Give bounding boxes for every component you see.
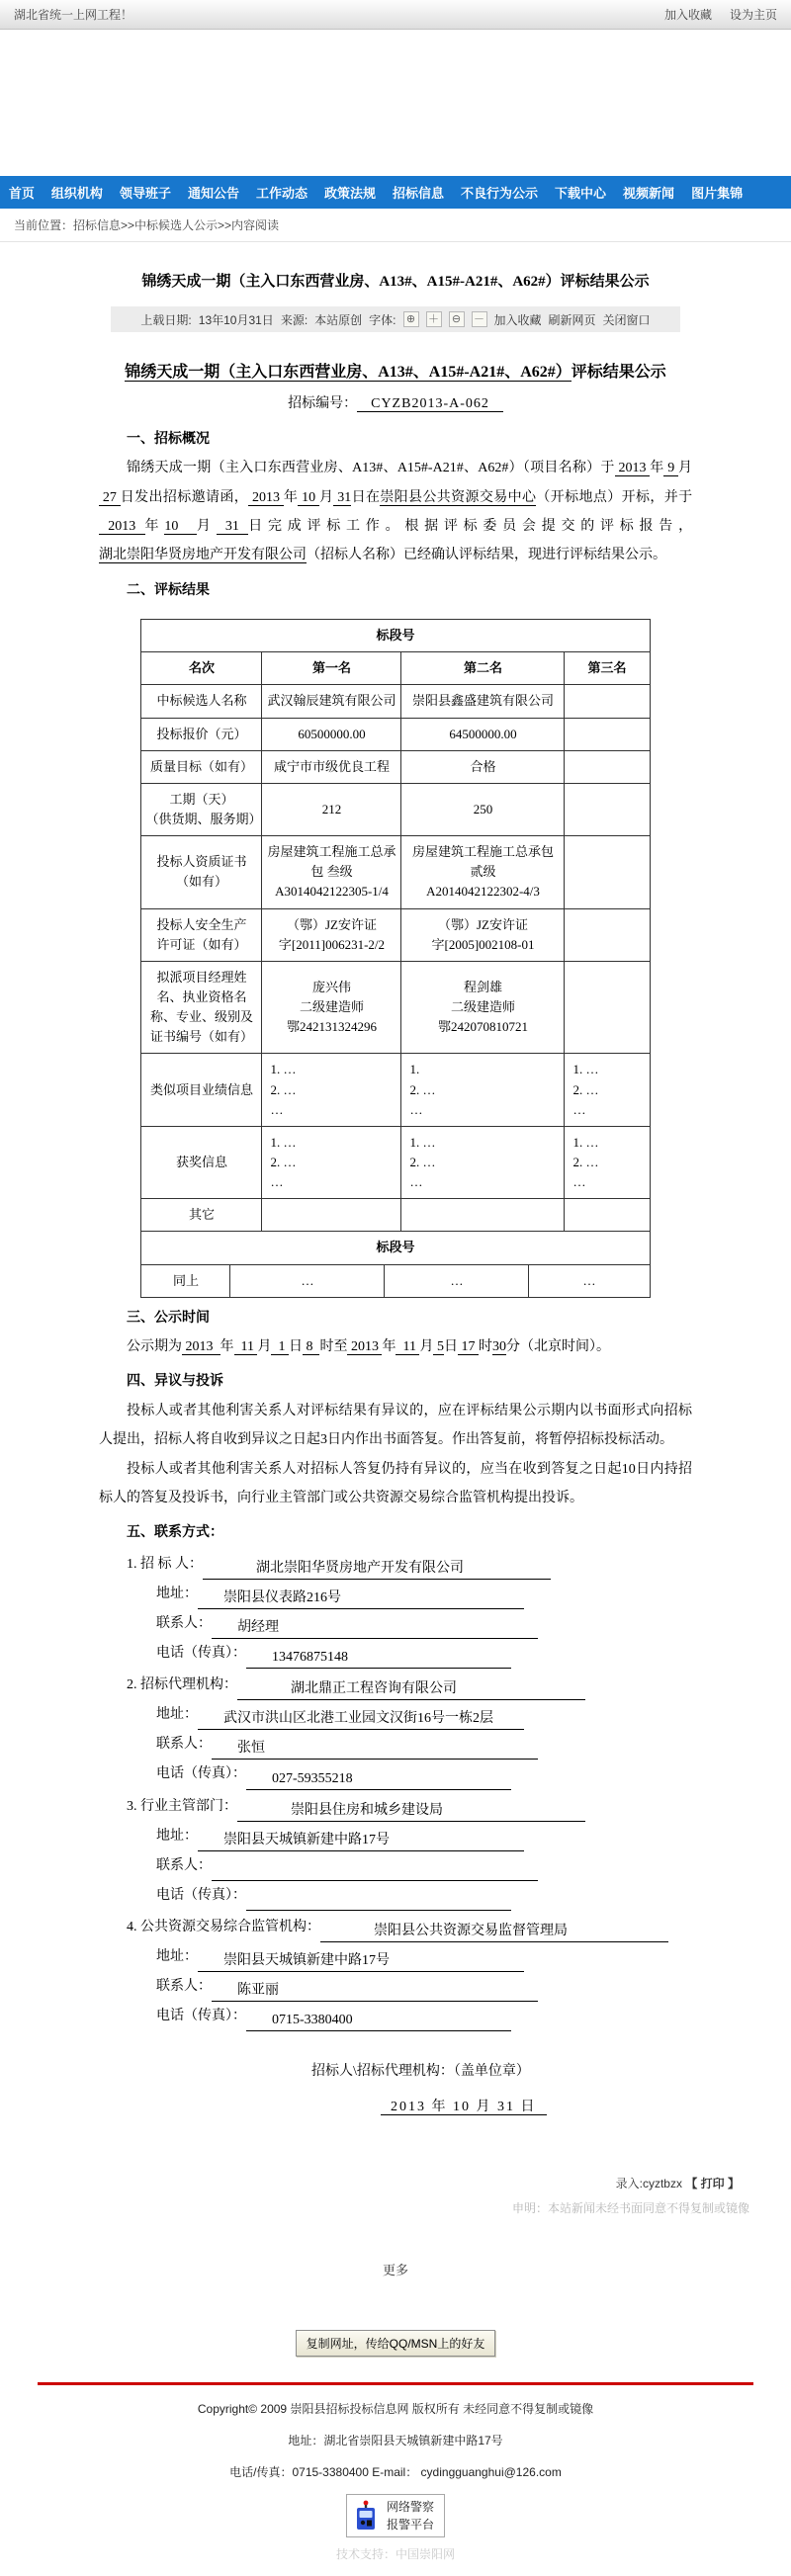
contact-number: 3.: [127, 1799, 140, 1814]
nav-item-7[interactable]: 招标信息: [393, 183, 444, 202]
third-place-header: 第三名: [565, 652, 650, 685]
footer-support: 技术支持：中国崇阳网: [0, 2545, 791, 2576]
text-segment: 时至: [319, 1339, 347, 1354]
blank-field: 湖北崇阳华贤房地产开发有限公司: [99, 548, 307, 563]
contact-name-value: 崇阳县住房和城乡建设局: [237, 1800, 585, 1822]
text-segment: 日: [444, 1339, 458, 1354]
value-cell: 1. … 2. … …: [262, 1054, 401, 1126]
table-row: 中标候选人名称武汉翰辰建筑有限公司崇阳县鑫盛建筑有限公司: [141, 685, 650, 718]
font-decrease-icon[interactable]: －: [472, 311, 487, 327]
blank-field: 2013: [248, 490, 284, 506]
text-segment: 年: [284, 490, 298, 505]
value-cell: …: [230, 1264, 385, 1297]
contact-role-label: 招标代理机构：: [140, 1677, 237, 1692]
nav-item-1[interactable]: 首页: [9, 183, 35, 202]
police-icon: [353, 2500, 379, 2532]
row-label-cell: 中标候选人名称: [141, 685, 262, 718]
section-5-heading: 五、联系方式：: [99, 1518, 692, 1547]
signature-date-line: 2013 年 10 月 31 日: [99, 2093, 692, 2121]
blank-field: 11: [395, 1339, 419, 1355]
contact-phone-value: [246, 1910, 511, 1911]
nav-item-8[interactable]: 不良行为公示: [461, 183, 538, 202]
row-label-cell: 工期（天） （供货期、服务期）: [141, 783, 262, 835]
contact-phone-value: 027-59355218: [246, 1768, 511, 1790]
contact-line: 联系人：胡经理: [99, 1609, 692, 1639]
rank-header-row: 名次 第一名 第二名 第三名: [141, 652, 650, 685]
footer-address: 地址：湖北省崇阳县天城镇新建中路17号: [0, 2432, 791, 2448]
value-cell: [565, 836, 650, 908]
entry-author: 录入:cyztbzx: [616, 2177, 682, 2190]
contact-line: 联系人：陈亚丽: [99, 1972, 692, 2002]
row-label-cell: 类似项目业绩信息: [141, 1054, 262, 1126]
value-cell: 1. … 2. … …: [262, 1126, 401, 1198]
objection-paragraph-2: 投标人或者其他利害关系人对招标人答复仍持有异议的，应当在收到答复之日起10日内持…: [99, 1455, 692, 1513]
value-cell: 崇阳县鑫盛建筑有限公司: [401, 685, 565, 718]
article-title-rest: 评标结果公示: [571, 364, 666, 381]
text-segment: （招标人名称）已经确认评标结果，现进行评标结果公示。: [307, 548, 666, 562]
blank-field: 2013: [347, 1339, 382, 1355]
cyber-police-badge[interactable]: 网络警察 报警平台: [346, 2494, 445, 2537]
contact-role-label: 公共资源交易综合监管机构：: [140, 1920, 320, 1934]
text-segment: 年: [650, 461, 663, 475]
section-4-heading: 四、异议与投诉: [99, 1367, 692, 1396]
article-body: 锦绣天成一期（主入口东西营业房、A13#、A15#-A21#、A62#）评标结果…: [99, 358, 692, 2121]
contact-person-label: 联系人：: [156, 1737, 212, 1752]
row-label-cell: 投标报价（元）: [141, 718, 262, 750]
text-segment: 日发出招标邀请函，: [121, 490, 248, 505]
source: 本站原创: [314, 311, 362, 328]
blank-field: 2013: [182, 1339, 220, 1355]
banner-area: [0, 30, 791, 176]
signature-line: 招标人\招标代理机构：（盖单位章）: [99, 2057, 692, 2086]
article-meta-bar: 上载日期: 13年10月31日 来源: 本站原创 字体: ⊕ ＋ ⊖ － 加入收…: [111, 306, 680, 332]
contact-line: 4. 公共资源交易综合监管机构：崇阳县公共资源交易监督管理局: [99, 1913, 692, 1942]
close-window-action[interactable]: 关闭窗口: [603, 311, 651, 328]
contact-person-label: 联系人：: [156, 1616, 212, 1631]
contact-address-value: 武汉市洪山区北港工业园文汉街16号一栋2层: [198, 1708, 524, 1730]
article-title: 锦绣天成一期（主入口东西营业房、A13#、A15#-A21#、A62#）评标结果…: [99, 358, 692, 387]
section-number-row-2: 标段号: [141, 1232, 650, 1264]
text-segment: 日: [289, 1339, 303, 1354]
contact-person-value: 胡经理: [212, 1617, 538, 1639]
contact-phone-label: 电话（传真）：: [156, 1646, 246, 1661]
contact-phone-value: 13476875148: [246, 1647, 511, 1669]
contact-block: 1. 招 标 人：湖北崇阳华贤房地产开发有限公司地址：崇阳县仪表路216号联系人…: [99, 1550, 692, 1669]
value-cell: 60500000.00: [262, 718, 401, 750]
value-cell: 合格: [401, 750, 565, 783]
value-cell: 房屋建筑工程施工总承包 贰级 A2014042122302-4/3: [401, 836, 565, 908]
top-utility-bar: 湖北省统一上网工程！ 加入收藏 设为主页: [0, 0, 791, 30]
upload-date: 13年10月31日: [199, 311, 274, 328]
copy-notice: 申明：本站新闻未经书面同意不得复制或镜像: [0, 2199, 791, 2216]
text-segment: 年: [220, 1339, 234, 1354]
value-cell: （鄂）JZ安许证 字[2005]002108-01: [401, 908, 565, 961]
contact-person-label: 联系人：: [156, 1979, 212, 1994]
font-increase-icon[interactable]: ＋: [426, 311, 442, 327]
contact-phone-label: 电话（传真）：: [156, 1766, 246, 1781]
nav-item-5[interactable]: 工作动态: [256, 183, 308, 202]
text-segment: 日完成评标工作。根据评标委员会提交的评标报告，: [248, 519, 692, 534]
source-label: 来源:: [281, 311, 308, 328]
contact-phone-value: 0715-3380400: [246, 2010, 511, 2031]
value-cell: 250: [401, 783, 565, 835]
contact-role-label: 招 标 人：: [140, 1557, 203, 1572]
text-segment: 月: [319, 490, 333, 505]
contact-block: 3. 行业主管部门：崇阳县住房和城乡建设局地址：崇阳县天城镇新建中路17号联系人…: [99, 1792, 692, 1911]
contact-block: 2. 招标代理机构：湖北鼎正工程咨询有限公司地址：武汉市洪山区北港工业园文汉街1…: [99, 1671, 692, 1789]
table-row: 类似项目业绩信息1. … 2. … …1. 2. … …1. … 2. … …: [141, 1054, 650, 1126]
table-row: 同上………: [141, 1264, 650, 1297]
value-cell: 1. … 2. … …: [565, 1126, 650, 1198]
row-label-cell: 其它: [141, 1199, 262, 1232]
more-link[interactable]: 更多: [0, 2260, 791, 2278]
first-place-header: 第一名: [262, 652, 401, 685]
text-segment: （开标地点）开标，并于: [536, 490, 692, 505]
section-number-header: 标段号: [141, 620, 650, 652]
contact-address-value: 崇阳县仪表路216号: [198, 1588, 524, 1609]
breadcrumb: 当前位置：招标信息>>中标候选人公示>>内容阅读: [0, 209, 791, 242]
blank-field: 27: [99, 490, 121, 506]
value-cell: 庞兴伟 二级建造师 鄂242131324296: [262, 961, 401, 1054]
footer-contact: 电话/传真：0715-3380400 E-mail： cydingguanghu…: [0, 2463, 791, 2480]
contact-line: 联系人：: [99, 1851, 692, 1881]
bid-number-line: 招标编号：CYZB2013-A-062: [99, 389, 692, 418]
contact-line: 2. 招标代理机构：湖北鼎正工程咨询有限公司: [99, 1671, 692, 1700]
print-button[interactable]: 【 打印 】: [685, 2177, 740, 2190]
zoom-in-icon[interactable]: ⊕: [403, 311, 419, 327]
blank-field: 10: [298, 490, 319, 506]
contacts-list: 1. 招 标 人：湖北崇阳华贤房地产开发有限公司地址：崇阳县仪表路216号联系人…: [99, 1550, 692, 2032]
contact-address-label: 地址：: [156, 1587, 198, 1601]
table-row: 投标报价（元）60500000.0064500000.00: [141, 718, 650, 750]
contact-line: 地址：崇阳县仪表路216号: [99, 1580, 692, 1609]
add-favorite-link[interactable]: 加入收藏: [664, 6, 712, 23]
blank-field: 17: [458, 1339, 479, 1355]
table-row: 拟派项目经理姓名、执业资格名称、专业、级别及证书编号（如有）庞兴伟 二级建造师 …: [141, 961, 650, 1054]
value-cell: 212: [262, 783, 401, 835]
blank-field: 1: [271, 1339, 289, 1355]
footer-copyright: Copyright© 2009 崇阳县招标投标信息网 版权所有 未经同意不得复制…: [0, 2400, 791, 2417]
add-favorite-action[interactable]: 加入收藏: [494, 311, 542, 328]
article-title-underlined: 锦绣天成一期（主入口东西营业房、A13#、A15#-A21#、A62#）: [125, 364, 571, 382]
contact-address-label: 地址：: [156, 1707, 198, 1722]
contact-line: 地址：崇阳县天城镇新建中路17号: [99, 1822, 692, 1851]
refresh-page-action[interactable]: 刷新网页: [549, 311, 596, 328]
police-badge-line1: 网络警察: [387, 2500, 434, 2514]
overview-paragraph: 锦绣天成一期（主入口东西营业房、A13#、A15#-A21#、A62#）（项目名…: [99, 454, 692, 570]
entry-line: 录入:cyztbzx 【 打印 】: [0, 2175, 791, 2191]
blank-field: 9: [663, 461, 678, 476]
row-label-cell: 投标人资质证书 （如有）: [141, 836, 262, 908]
nav-item-11[interactable]: 图片集锦: [691, 183, 743, 202]
page-title: 锦绣天成一期（主入口东西营业房、A13#、A15#-A21#、A62#）评标结果…: [0, 270, 791, 291]
section-number-header-2: 标段号: [141, 1232, 650, 1264]
objection-paragraph-1: 投标人或者其他利害关系人对评标结果有异议的，应在评标结果公示期内以书面形式向招标…: [99, 1397, 692, 1455]
contact-number: 4.: [127, 1920, 140, 1934]
nav-item-4[interactable]: 通知公告: [188, 183, 239, 202]
value-cell: [565, 718, 650, 750]
text-segment: 时: [479, 1339, 492, 1354]
blank-field: 31: [333, 490, 351, 506]
zoom-out-icon[interactable]: ⊖: [449, 311, 465, 327]
contact-name-value: 湖北鼎正工程咨询有限公司: [237, 1678, 585, 1700]
table-row: 投标人安全生产 许可证（如有）（鄂）JZ安许证 字[2011]006231-2/…: [141, 908, 650, 961]
contact-person-value: 陈亚丽: [212, 1980, 538, 2002]
text-segment: 日在: [351, 490, 380, 505]
row-label-cell: 获奖信息: [141, 1126, 262, 1198]
text-segment: 月: [197, 519, 217, 534]
text-segment: 分（北京时间）。: [506, 1339, 610, 1354]
bid-number-value: CYZB2013-A-062: [357, 396, 503, 412]
blank-field: 30: [492, 1339, 506, 1355]
set-homepage-link[interactable]: 设为主页: [730, 6, 777, 23]
table-row: 其它: [141, 1199, 650, 1232]
blank-field: 8: [303, 1339, 320, 1355]
nav-item-3[interactable]: 领导班子: [120, 183, 171, 202]
upload-date-label: 上载日期:: [140, 311, 191, 328]
text-segment: 年: [145, 519, 165, 534]
font-size-label: 字体:: [369, 311, 395, 328]
blank-field: 2013: [99, 519, 145, 535]
section-3-heading: 三、公示时间: [99, 1304, 692, 1332]
value-cell: （鄂）JZ安许证 字[2011]006231-2/2: [262, 908, 401, 961]
contact-address-value: 崇阳县天城镇新建中路17号: [198, 1950, 524, 1972]
nav-item-9[interactable]: 下载中心: [555, 183, 606, 202]
value-cell: …: [529, 1264, 650, 1297]
nav-item-6[interactable]: 政策法规: [324, 183, 376, 202]
value-cell: 1. … 2. … …: [565, 1054, 650, 1126]
blank-field: 5: [433, 1339, 444, 1355]
value-cell: 武汉翰辰建筑有限公司: [262, 685, 401, 718]
value-cell: 1. 2. … …: [401, 1054, 565, 1126]
contact-name-value: 湖北崇阳华贤房地产开发有限公司: [203, 1558, 551, 1580]
value-cell: [565, 908, 650, 961]
nav-item-10[interactable]: 视频新闻: [623, 183, 674, 202]
main-nav: 首页组织机构领导班子通知公告工作动态政策法规招标信息不良行为公示下载中心视频新闻…: [0, 176, 791, 209]
contact-line: 电话（传真）：: [99, 1881, 692, 1911]
blank-field: 11: [234, 1339, 258, 1355]
share-url-button[interactable]: 复制网址，传给QQ/MSN上的好友: [296, 2330, 496, 2357]
publicity-period-paragraph: 公示期为 2013 年 11 月 1 日 8 时至 2013 年 11 月 5日…: [99, 1332, 692, 1361]
row-label-cell: 拟派项目经理姓名、执业资格名称、专业、级别及证书编号（如有）: [141, 961, 262, 1054]
text-segment: 年: [382, 1339, 395, 1354]
value-cell: [565, 750, 650, 783]
nav-item-2[interactable]: 组织机构: [51, 183, 103, 202]
signature-date: 2013 年 10 月 31 日: [381, 2100, 547, 2115]
value-cell: [401, 1199, 565, 1232]
value-cell: [262, 1199, 401, 1232]
table-row: 质量目标（如有）咸宁市市级优良工程合格: [141, 750, 650, 783]
table-row: 投标人资质证书 （如有）房屋建筑工程施工总承包 叁级 A301404212230…: [141, 836, 650, 908]
contact-name-value: 崇阳县公共资源交易监督管理局: [320, 1921, 668, 1942]
contact-person-value: 张恒: [212, 1738, 538, 1760]
blank-field: 10: [164, 519, 197, 535]
contact-phone-label: 电话（传真）：: [156, 1888, 246, 1903]
table-row: 工期（天） （供货期、服务期）212250: [141, 783, 650, 835]
police-badge-line2: 报警平台: [387, 2518, 434, 2532]
contact-line: 电话（传真）：027-59355218: [99, 1760, 692, 1789]
contact-line: 地址：武汉市洪山区北港工业园文汉街16号一栋2层: [99, 1700, 692, 1730]
table-row: 获奖信息1. … 2. … …1. … 2. … …1. … 2. … …: [141, 1126, 650, 1198]
site-slogan: 湖北省统一上网工程！: [14, 6, 132, 23]
text-segment: 月: [257, 1339, 271, 1354]
footer-divider: [38, 2382, 753, 2385]
contact-address-label: 地址：: [156, 1829, 198, 1844]
contact-role-label: 行业主管部门：: [140, 1799, 237, 1814]
contact-line: 电话（传真）：0715-3380400: [99, 2002, 692, 2031]
text-segment: 月: [678, 461, 692, 475]
contact-phone-label: 电话（传真）：: [156, 2009, 246, 2023]
contact-number: 2.: [127, 1677, 140, 1692]
contact-line: 电话（传真）：13476875148: [99, 1639, 692, 1669]
section-2-heading: 二、评标结果: [99, 576, 692, 605]
row-label-cell: 投标人安全生产 许可证（如有）: [141, 908, 262, 961]
contact-address-value: 崇阳县天城镇新建中路17号: [198, 1830, 524, 1851]
second-place-header: 第二名: [401, 652, 565, 685]
row-label-cell: 质量目标（如有）: [141, 750, 262, 783]
text-segment: 锦绣天成一期（主入口东西营业房、A13#、A15#-A21#、A62#）（项目名…: [127, 461, 615, 475]
rank-col-header: 名次: [141, 652, 262, 685]
evaluation-result-table-continued: 标段号 同上………: [140, 1231, 650, 1297]
row-label-cell: 同上: [141, 1264, 230, 1297]
site-footer: Copyright© 2009 崇阳县招标投标信息网 版权所有 未经同意不得复制…: [0, 2400, 791, 2576]
value-cell: [565, 961, 650, 1054]
contact-line: 3. 行业主管部门：崇阳县住房和城乡建设局: [99, 1792, 692, 1822]
text-segment: 公示期为: [127, 1339, 182, 1354]
value-cell: 64500000.00: [401, 718, 565, 750]
contact-line: 1. 招 标 人：湖北崇阳华贤房地产开发有限公司: [99, 1550, 692, 1580]
blank-field: 崇阳县公共资源交易中心: [380, 490, 536, 506]
contact-address-label: 地址：: [156, 1949, 198, 1964]
text-segment: 月: [419, 1339, 433, 1354]
value-cell: 房屋建筑工程施工总承包 叁级 A3014042122305-1/4: [262, 836, 401, 908]
contact-line: 联系人：张恒: [99, 1730, 692, 1760]
contact-line: 地址：崇阳县天城镇新建中路17号: [99, 1942, 692, 1972]
section-1-heading: 一、招标概况: [99, 425, 692, 454]
value-cell: 程剑雄 二级建造师 鄂242070810721: [401, 961, 565, 1054]
contact-person-label: 联系人：: [156, 1858, 212, 1873]
evaluation-result-table: 标段号 名次 第一名 第二名 第三名 中标候选人名称武汉翰辰建筑有限公司崇阳县鑫…: [140, 619, 650, 1232]
section-number-row: 标段号: [141, 620, 650, 652]
contact-block: 4. 公共资源交易综合监管机构：崇阳县公共资源交易监督管理局地址：崇阳县天城镇新…: [99, 1913, 692, 2031]
value-cell: [565, 1199, 650, 1232]
blank-field: 2013: [615, 461, 651, 476]
value-cell: 咸宁市市级优良工程: [262, 750, 401, 783]
value-cell: [565, 685, 650, 718]
value-cell: …: [385, 1264, 529, 1297]
value-cell: [565, 783, 650, 835]
contact-number: 1.: [127, 1557, 140, 1572]
value-cell: 1. … 2. … …: [401, 1126, 565, 1198]
blank-field: 31: [217, 519, 249, 535]
bid-number-label: 招标编号：: [288, 396, 357, 411]
